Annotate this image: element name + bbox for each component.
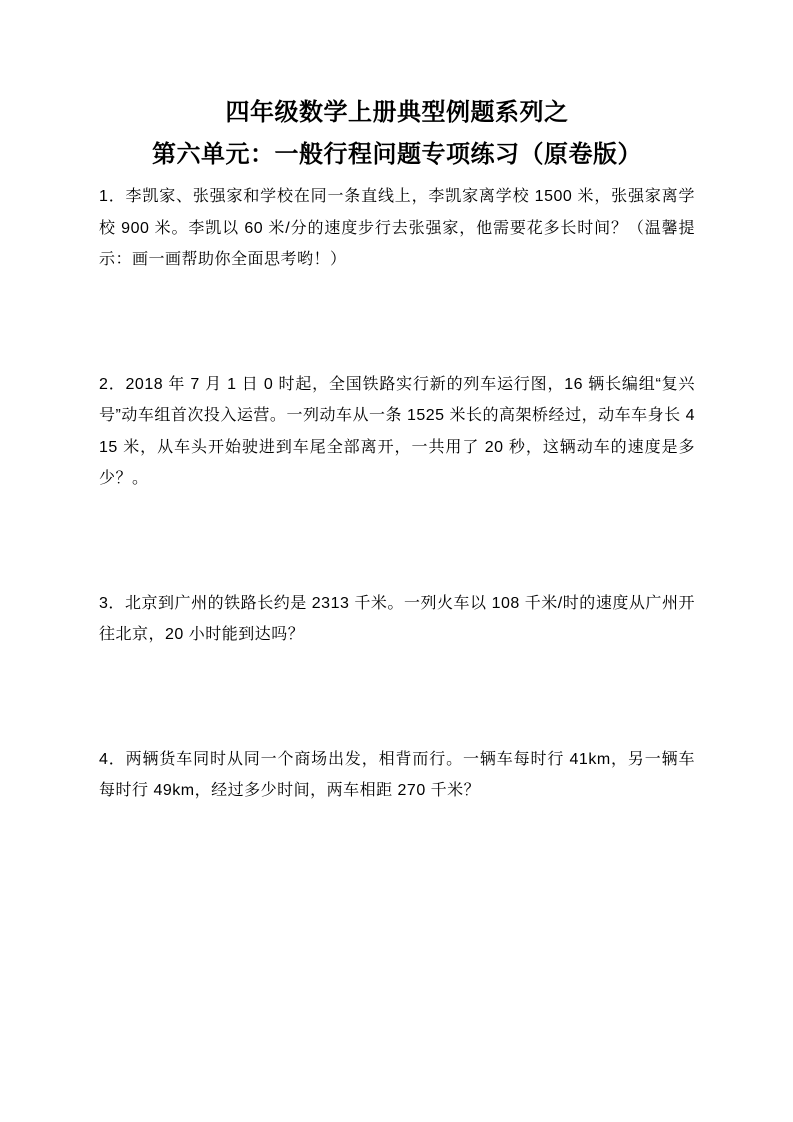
question-2-text: 2．2018 年 7 月 1 日 0 时起，全国铁路实行新的列车运行图，16 辆… — [99, 369, 695, 495]
question-4-text: 4．两辆货车同时从同一个商场出发，相背而行。一辆车每时行 41km，另一辆车每时… — [99, 744, 695, 807]
question-1-text: 1．李凯家、张强家和学校在同一条直线上，李凯家离学校 1500 米，张强家离学校… — [99, 181, 695, 276]
worksheet-page: 四年级数学上册典型例题系列之 第六单元：一般行程问题专项练习（原卷版） 1．李凯… — [0, 0, 793, 1122]
document-title-line1: 四年级数学上册典型例题系列之 — [99, 96, 695, 130]
question-list: 1．李凯家、张强家和学校在同一条直线上，李凯家离学校 1500 米，张强家离学校… — [99, 181, 695, 807]
question-3-text: 3．北京到广州的铁路长约是 2313 千米。一列火车以 108 千米/时的速度从… — [99, 588, 695, 651]
document-title-line2: 第六单元：一般行程问题专项练习（原卷版） — [99, 138, 695, 172]
